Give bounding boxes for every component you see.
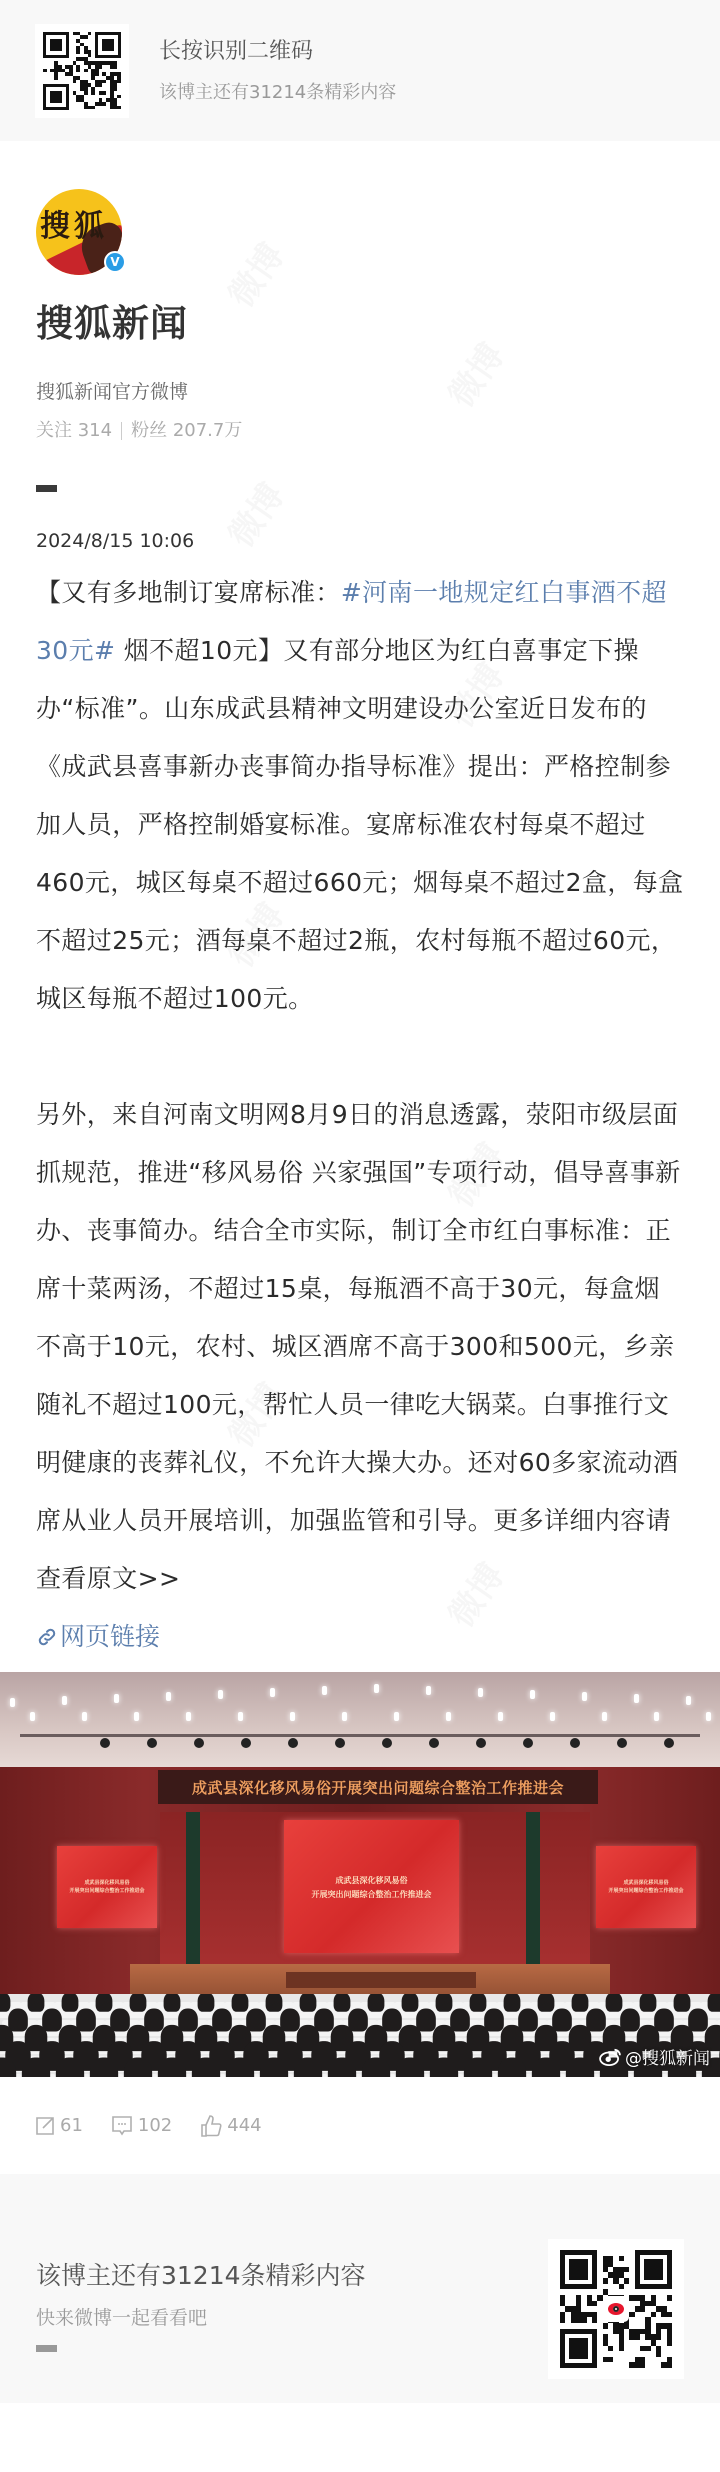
qr-banner-subtitle: 该博主还有31214条精彩内容 (159, 81, 396, 105)
lighting-truss (20, 1734, 700, 1737)
post-timestamp: 2024/8/15 10:06 (36, 528, 684, 554)
main-screen-line-1: 成武县深化移风易俗 (336, 1873, 408, 1887)
avatar-logo-text: 搜狐 (40, 201, 122, 245)
qr-banner-title: 长按识别二维码 (159, 37, 396, 67)
post-image[interactable]: 成武县深化移风易俗开展突出问题综合整治工作推进会 成武县深化移风易俗 开展突出问… (0, 1672, 720, 2077)
image-watermark-text: @搜狐新闻 (625, 2044, 710, 2069)
link-icon (36, 1626, 58, 1648)
comment-icon (111, 2115, 133, 2137)
image-watermark: @搜狐新闻 (599, 2044, 710, 2069)
following-count: 314 (78, 419, 112, 443)
promo-divider (36, 2345, 57, 2352)
like-button[interactable]: 444 (200, 2114, 261, 2138)
post-paragraph-1: 【又有多地制订宴席标准：#河南一地规定红白事酒不超30元# 烟不超10元】又有部… (36, 564, 684, 1028)
post-paragraph-1-body: 烟不超10元】又有部分地区为红白喜事定下操办“标准”。山东成武县精神文明建设办公… (36, 636, 684, 1013)
weibo-logo-icon (599, 2048, 621, 2066)
side-screen-text: 成武县深化移风易俗 (84, 1879, 129, 1887)
thumbs-up-icon (200, 2114, 222, 2138)
followers-count: 207.7万 (173, 419, 243, 443)
curtain-right (526, 1812, 540, 1972)
qr-code-bottom[interactable] (548, 2239, 684, 2379)
main-screen: 成武县深化移风易俗 开展突出问题综合整治工作推进会 (284, 1820, 459, 1953)
side-screen-left: 成武县深化移风易俗 开展突出问题综合整治工作推进会 (57, 1846, 157, 1928)
post-card: 微博 微博 微博 微博 微博 微博 微博 微博 搜狐 V 搜狐新闻 搜狐新闻官方… (0, 189, 720, 1666)
repost-count: 61 (60, 2115, 83, 2136)
author-name[interactable]: 搜狐新闻 (36, 299, 684, 349)
post-content: 【又有多地制订宴席标准：#河南一地规定红白事酒不超30元# 烟不超10元】又有部… (36, 564, 684, 1608)
post-paragraph-2: 另外，来自河南文明网8月9日的消息透露，荥阳市级层面抓规范，推进“移风易俗 兴家… (36, 1086, 684, 1608)
author-avatar[interactable]: 搜狐 V (36, 189, 122, 275)
author-bio: 搜狐新闻官方微博 (36, 379, 684, 405)
side-screen-text: 开展突出问题综合整治工作推进会 (608, 1887, 683, 1895)
side-screen-text: 开展突出问题综合整治工作推进会 (69, 1887, 144, 1895)
like-count: 444 (227, 2115, 261, 2136)
verified-badge-icon: V (104, 251, 126, 273)
promo-subtitle: 快来微博一起看看吧 (36, 2305, 207, 2331)
promo-title: 该博主还有31214条精彩内容 (36, 2259, 366, 2293)
action-bar: 61 102 444 (0, 2077, 720, 2174)
top-qr-banner[interactable]: 长按识别二维码 该博主还有31214条精彩内容 (0, 0, 720, 141)
meeting-banner-text: 成武县深化移风易俗开展突出问题综合整治工作推进会 (192, 1777, 564, 1798)
side-screen-text: 成武县深化移风易俗 (623, 1879, 668, 1887)
presidium-table (286, 1972, 476, 1988)
following-label: 关注 (36, 419, 72, 443)
repost-button[interactable]: 61 (35, 2115, 83, 2136)
web-link-label: 网页链接 (60, 1608, 160, 1666)
stats-divider (121, 422, 122, 440)
meeting-banner: 成武县深化移风易俗开展突出问题综合整治工作推进会 (158, 1770, 598, 1804)
repost-icon (35, 2116, 55, 2136)
main-screen-line-2: 开展突出问题综合整治工作推进会 (312, 1887, 432, 1901)
weibo-logo-icon (603, 2296, 629, 2322)
followers-label: 粉丝 (131, 419, 167, 443)
web-link[interactable]: 网页链接 (36, 1608, 684, 1666)
qr-code-icon (43, 32, 121, 110)
comment-button[interactable]: 102 (111, 2115, 172, 2137)
section-divider (36, 485, 57, 492)
post-headline-prefix: 【又有多地制订宴席标准： (36, 578, 341, 607)
comment-count: 102 (138, 2115, 172, 2136)
qr-code-top[interactable] (35, 24, 129, 118)
ceiling (0, 1672, 720, 1772)
author-stats: 关注 314 粉丝 207.7万 (36, 419, 684, 443)
side-screen-right: 成武县深化移风易俗 开展突出问题综合整治工作推进会 (596, 1846, 696, 1928)
bottom-promo-banner[interactable]: 该博主还有31214条精彩内容 快来微博一起看看吧 (0, 2174, 720, 2403)
curtain-left (186, 1812, 200, 1972)
